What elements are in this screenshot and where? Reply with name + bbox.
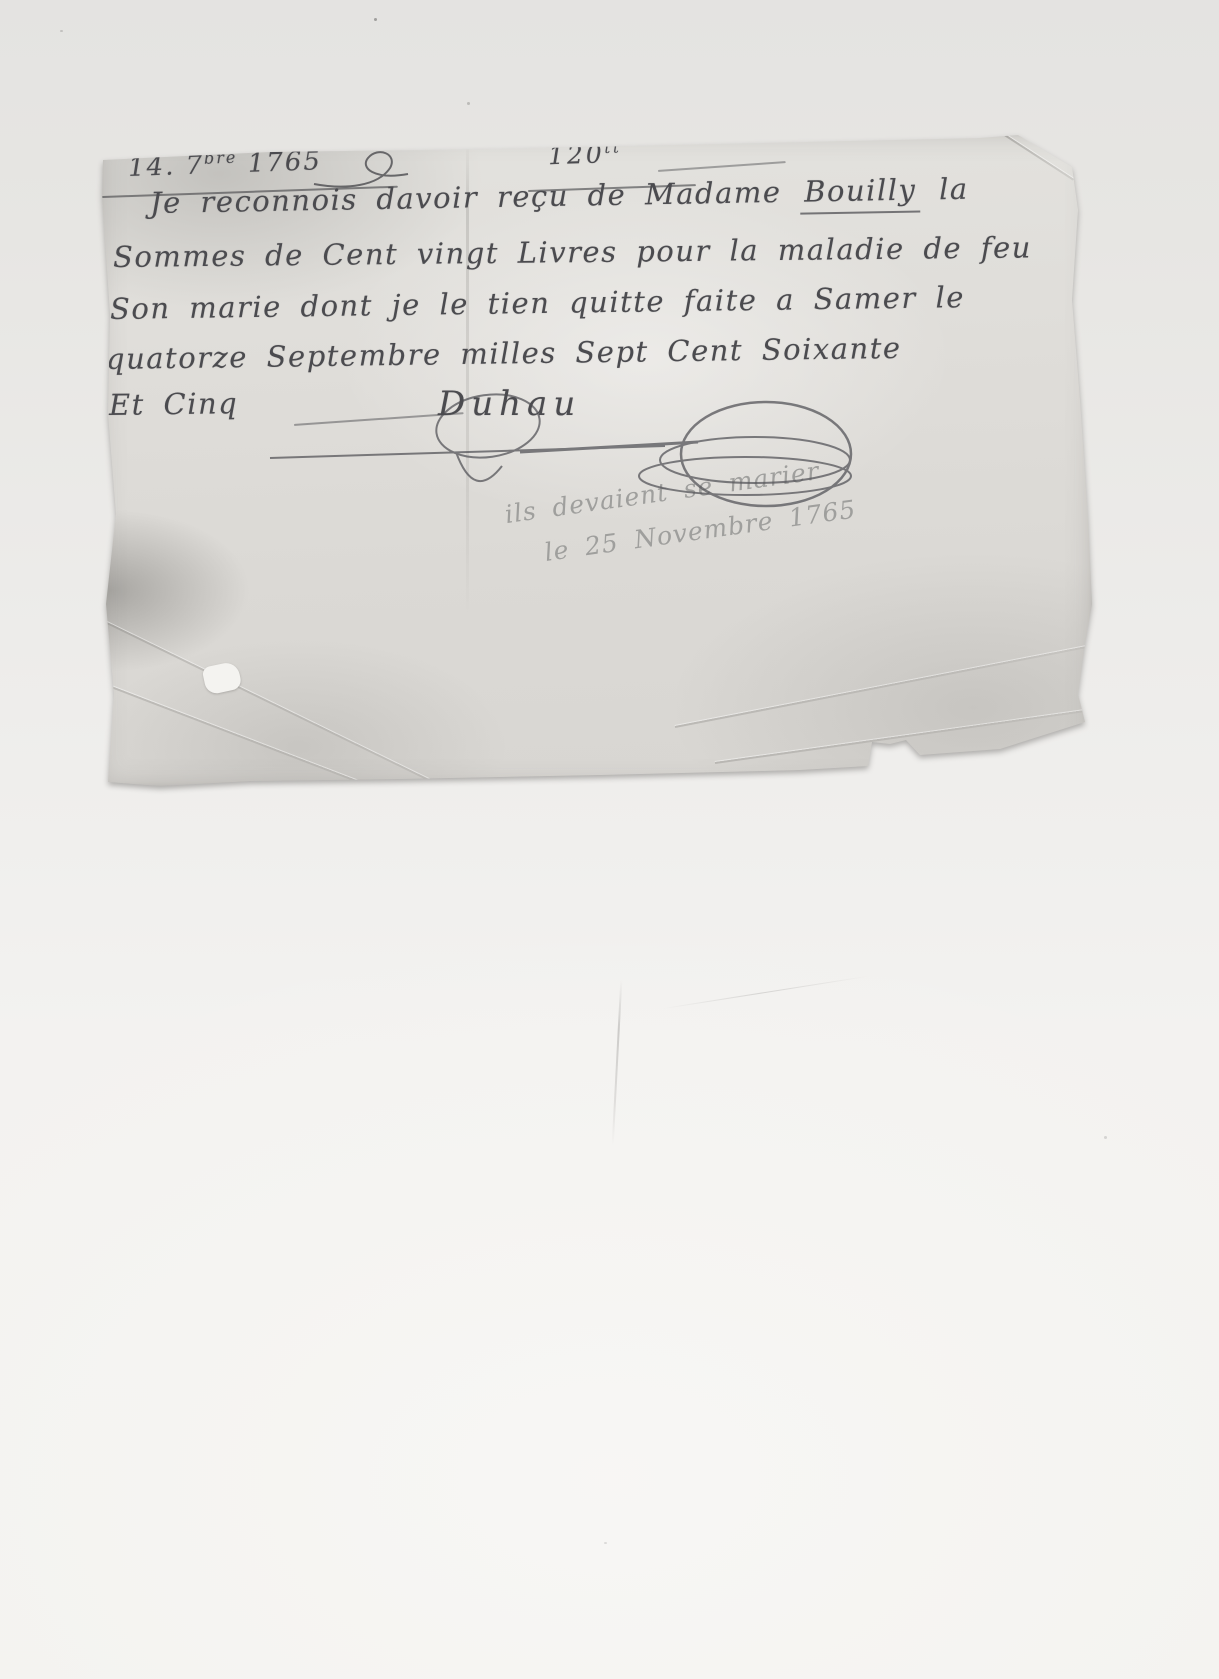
crease-line <box>715 709 1092 764</box>
dust-speck <box>467 102 470 105</box>
dust-speck <box>604 1542 607 1544</box>
amount-stroke <box>658 161 786 172</box>
amount-unit: tt <box>604 140 622 157</box>
amount-value: 120 <box>548 139 606 170</box>
paper-chip <box>201 661 242 696</box>
signature-flourish <box>250 370 970 545</box>
dust-speck <box>1104 1136 1107 1139</box>
crease-line <box>80 674 482 830</box>
signature: Duhau <box>438 384 581 424</box>
receipt-paper: 14. 7bre 1765 120tt Je reconnois davoir … <box>100 134 1092 786</box>
folded-corner-crease <box>1002 133 1074 180</box>
amount-heading: 120tt <box>548 139 623 171</box>
date-month-suffix: bre <box>204 148 238 168</box>
crease-line <box>675 646 1088 728</box>
date-heading: 14. 7bre 1765 <box>128 145 323 183</box>
photo-backdrop: 14. 7bre 1765 120tt Je reconnois davoir … <box>0 0 1219 1679</box>
paper-wrapper: 14. 7bre 1765 120tt Je reconnois davoir … <box>100 134 1092 786</box>
line1-text-end: la <box>939 172 969 207</box>
date-day-month: 14. 7 <box>128 150 205 183</box>
receipt-line-2: Sommes de Cent vingt Livres pour la mala… <box>113 230 1032 274</box>
crease-line <box>70 604 610 869</box>
scratch-mark <box>612 980 623 1145</box>
receipt-line-5: Et Cinq <box>109 386 239 422</box>
dust-speck <box>374 18 377 21</box>
payer-name: Bouilly <box>800 173 921 215</box>
receipt-line-3: Son marie dont je le tien quitte faite a… <box>110 280 965 326</box>
receipt-line-1: Je reconnois davoir reçu de Madame Bouil… <box>150 172 969 220</box>
line1-text: Je reconnois davoir reçu de Madame <box>150 175 782 220</box>
scratch-mark <box>661 976 869 1010</box>
dust-speck <box>60 30 63 32</box>
